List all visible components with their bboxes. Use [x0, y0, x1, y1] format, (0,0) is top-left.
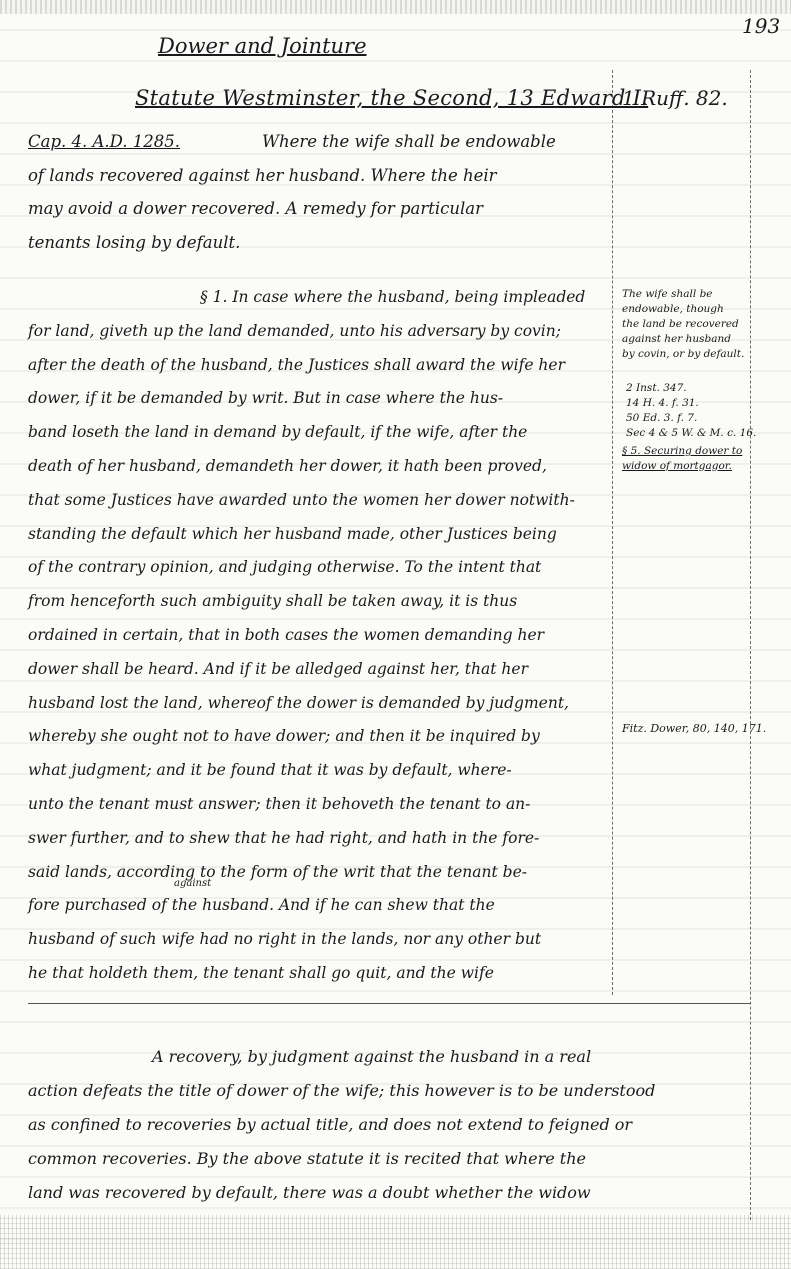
section-line: that some Justices have awarded unto the…	[28, 491, 575, 509]
section-line: after the death of the husband, the Just…	[28, 356, 565, 374]
section-line: death of her husband, demandeth her dowe…	[28, 457, 547, 475]
side-note-line: The wife shall be	[622, 288, 713, 300]
section-line: swer further, and to shew that he had ri…	[28, 829, 539, 847]
interlinear-insertion: against	[174, 878, 211, 889]
section-line: band loseth the land in demand by defaul…	[28, 423, 527, 441]
side-citation-line: 2 Inst. 347.	[626, 382, 687, 394]
section-line: he that holdeth them, the tenant shall g…	[28, 964, 494, 982]
section-line: husband lost the land, whereof the dower…	[28, 694, 569, 712]
margin-rule-right	[750, 70, 751, 1220]
section-line: dower, if it be demanded by writ. But in…	[28, 389, 503, 407]
section-line: unto the tenant must answer; then it beh…	[28, 795, 530, 813]
commentary-line: as confined to recoveries by actual titl…	[28, 1115, 632, 1134]
fitz-citation: Fitz. Dower, 80, 140, 171.	[622, 722, 766, 735]
side-citation-line: 14 H. 4. f. 31.	[626, 397, 699, 409]
section-line: from henceforth such ambiguity shall be …	[28, 592, 517, 610]
section-line: fore purchased of the husband. And if he…	[28, 896, 495, 914]
section-line: said lands, according to the form of the…	[28, 863, 527, 881]
section-line: what judgment; and it be found that it w…	[28, 761, 512, 779]
side-note-line: by covin, or by default.	[622, 348, 744, 360]
chapter-summary-line: tenants losing by default.	[28, 233, 240, 252]
side-section-5-line: § 5. Securing dower to	[622, 445, 742, 457]
section-line: ordained in certain, that in both cases …	[28, 626, 544, 644]
side-note-line: against her husband	[622, 333, 731, 345]
section-line: standing the default which her husband m…	[28, 525, 557, 543]
margin-rule-left	[612, 70, 613, 995]
statute-title: Statute Westminster, the Second, 13 Edwa…	[135, 86, 648, 110]
margin-reference: 1 Ruff. 82.	[622, 86, 728, 110]
commentary-line: A recovery, by judgment against the husb…	[152, 1047, 591, 1066]
commentary-line: land was recovered by default, there was…	[28, 1183, 591, 1202]
side-note-line: endowable, though	[622, 303, 724, 315]
chapter-summary-line: of lands recovered against her husband. …	[28, 166, 497, 185]
section-divider	[28, 1003, 751, 1004]
scan-noise-top	[0, 0, 791, 14]
page-title: Dower and Jointure	[158, 34, 367, 58]
chapter-summary-line: Where the wife shall be endowable	[262, 132, 556, 151]
manuscript-page: 193 Dower and Jointure Statute Westminst…	[0, 0, 791, 1269]
side-section-5-line: widow of mortgagor.	[622, 460, 732, 472]
commentary-line: common recoveries. By the above statute …	[28, 1149, 586, 1168]
side-citation-line: Sec 4 & 5 W. & M. c. 16.	[626, 427, 756, 439]
section-line: of the contrary opinion, and judging oth…	[28, 558, 541, 576]
commentary-line: action defeats the title of dower of the…	[28, 1081, 655, 1100]
section-line: whereby she ought not to have dower; and…	[28, 727, 540, 745]
section-line: dower shall be heard. And if it be alled…	[28, 660, 528, 678]
page-number: 193	[742, 14, 780, 38]
chapter-label: Cap. 4. A.D. 1285.	[28, 132, 180, 151]
chapter-summary-line: may avoid a dower recovered. A remedy fo…	[28, 199, 483, 218]
section-line: for land, giveth up the land demanded, u…	[28, 322, 561, 340]
scan-noise-bottom	[0, 1215, 791, 1269]
side-citation-line: 50 Ed. 3. f. 7.	[626, 412, 697, 424]
side-note-line: the land be recovered	[622, 318, 739, 330]
section-line: husband of such wife had no right in the…	[28, 930, 541, 948]
section-line: § 1. In case where the husband, being im…	[200, 288, 585, 306]
